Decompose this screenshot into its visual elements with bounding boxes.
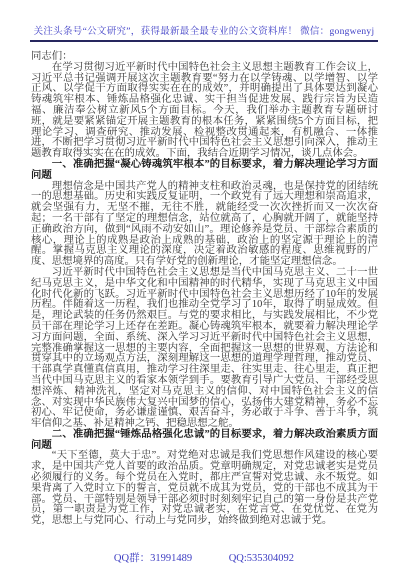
document-body: 同志们： 在学习贯彻习近平新时代中国特色社会主义思想主题教育工作会议上，习近平总… — [31, 52, 378, 527]
paragraph-ideals: 理想信念是中国共产党人的精神支柱和政治灵魂，也是保持党的团结统一的思想基础。历史… — [31, 182, 378, 268]
paragraph-intro: 在学习贯彻习近平新时代中国特色社会主义思想主题教育工作会议上，习近平总书记强调开… — [31, 63, 378, 160]
paragraph-theory-study: 习近平新时代中国特色社会主义思想是当代中国马克思主义、二十一世纪马克思主义，是中… — [31, 268, 378, 430]
section-heading-2: 二、准确把握“锤炼品格强化忠诚”的目标要求，着力解决政治素质方面问题 — [31, 430, 378, 452]
header-banner: 关注头条号“公文研究”，获得最新最全最专业的公文资料库！ 微信：gongweny… — [0, 21, 408, 42]
document-page: 关注头条号“公文研究”，获得最新最全最专业的公文资料库！ 微信：gongweny… — [0, 0, 408, 580]
footer-contact: QQ群：31991489 QQ:535304092 — [0, 550, 408, 565]
header-banner-text[interactable]: 关注头条号“公文研究”，获得最新最全最专业的公文资料库！ 微信：gongweny… — [30, 23, 379, 42]
section-heading-1: 一、准确把握“凝心铸魂筑牢根本”的目标要求，着力解决理论学习方面问题 — [31, 160, 378, 182]
qq-number: QQ:535304092 — [229, 553, 294, 564]
qq-group-number: QQ群：31991489 — [114, 550, 192, 565]
paragraph-loyalty: “天下至德，莫大于忠”。对党绝对忠诚是我们党思想作风建设的核心要求，是中国共产党… — [31, 451, 378, 527]
